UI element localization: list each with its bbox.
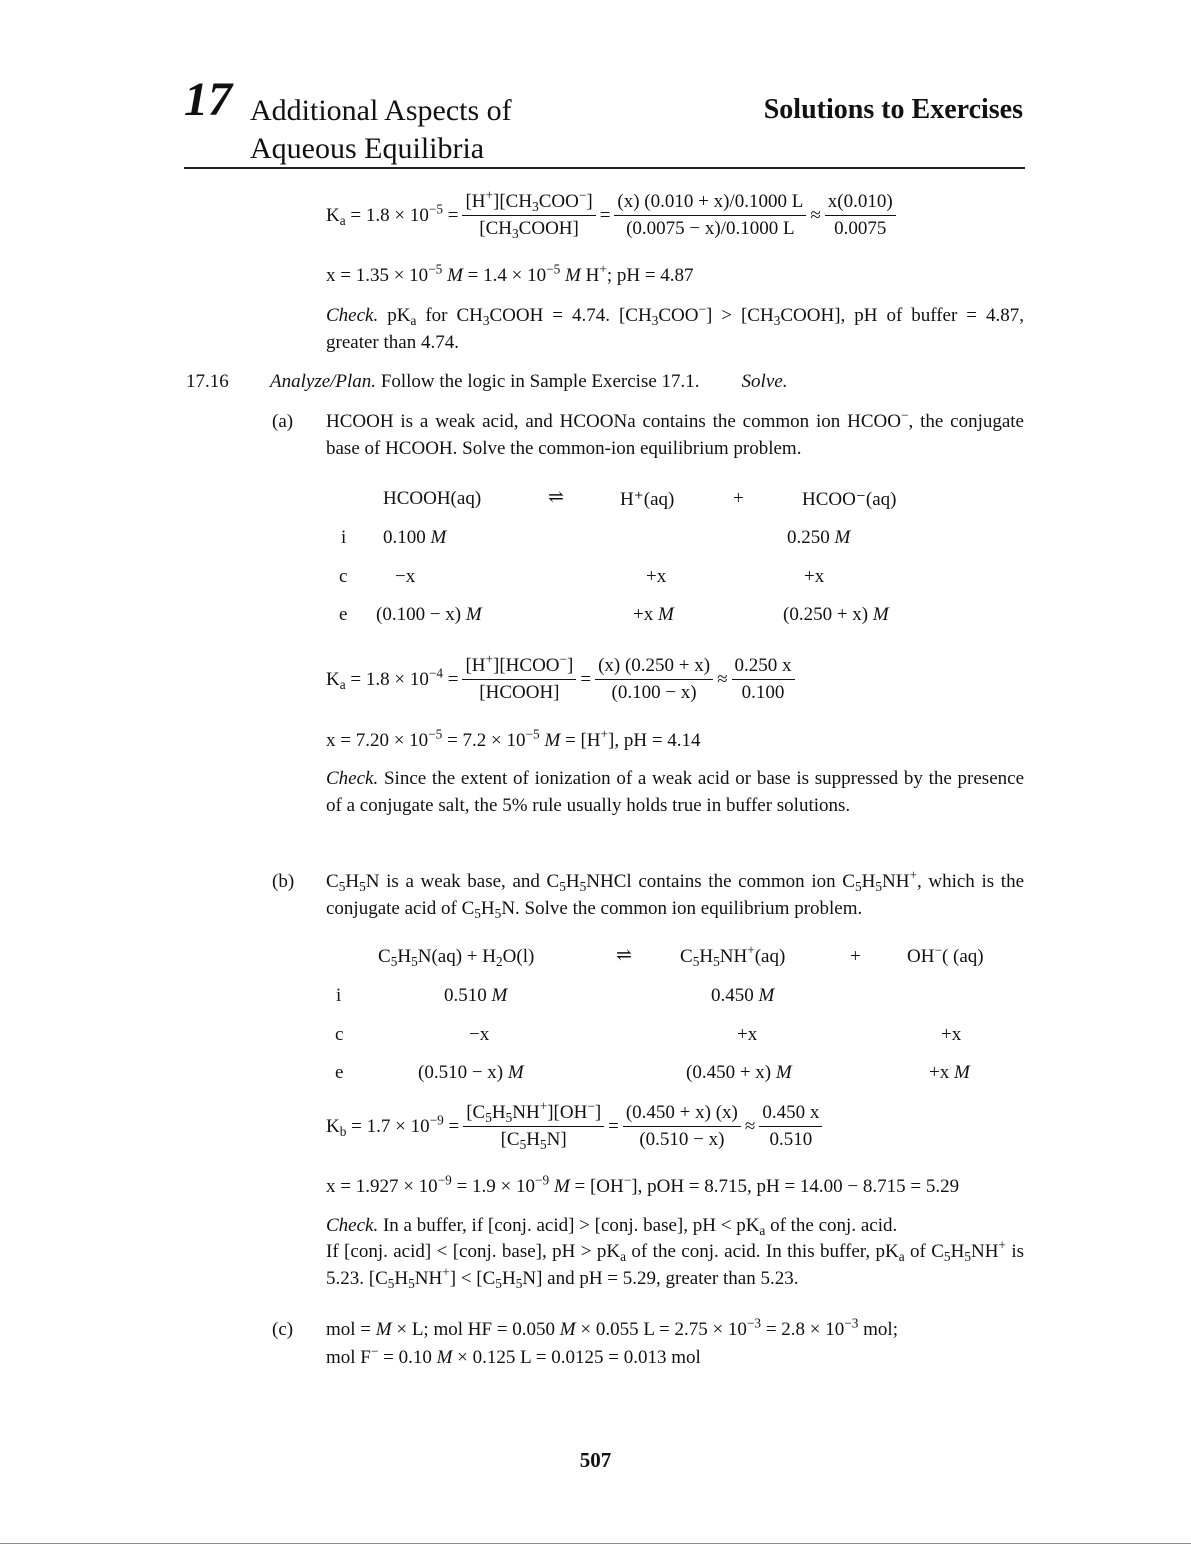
- ice-row-label: c: [335, 1024, 343, 1046]
- part-a-text: HCOOH is a weak acid, and HCOONa contain…: [326, 408, 1024, 462]
- ice-row-label: e: [339, 604, 347, 626]
- ice-cell: (0.510 − x) M: [418, 1062, 524, 1084]
- ice-row-label: i: [341, 527, 346, 549]
- ice-cell: +x: [646, 566, 666, 588]
- ice-a-product-2: HCOO⁻(aq): [802, 488, 896, 511]
- fraction-2: (x) (0.250 + x)(0.100 − x): [595, 654, 713, 705]
- fraction-3: 0.250 x0.100: [732, 654, 795, 705]
- ice-cell: +x: [804, 566, 824, 588]
- x-result-b: x = 1.927 × 10−9 = 1.9 × 10−9 M = [OH−],…: [326, 1173, 959, 1200]
- exercise-number: 17.16: [186, 368, 229, 395]
- check-b-line2: If [conj. acid] < [conj. base], pH > pKa…: [326, 1238, 1024, 1292]
- equilibrium-arrow-icon: ⇌: [616, 944, 632, 967]
- part-c-line1: mol = M × L; mol HF = 0.050 M × 0.055 L …: [326, 1316, 898, 1343]
- check-prev: Check. pKa for CH3COOH = 4.74. [CH3COO−]…: [326, 302, 1024, 356]
- chapter-title-line2: Aqueous Equilibria: [250, 130, 512, 168]
- ice-cell: 0.450 M: [711, 985, 774, 1007]
- approx-sign: ≈: [745, 1116, 755, 1138]
- ice-cell: −x: [395, 566, 415, 588]
- part-a-label: (a): [272, 408, 293, 435]
- ice-row-label: i: [336, 985, 341, 1007]
- x-result-prev: x = 1.35 × 10−5 M = 1.4 × 10−5 M H+; pH …: [326, 262, 694, 289]
- kb-equation-b: Kb = 1.7 × 10−9 = [C5H5NH+][OH−][C5H5N] …: [326, 1101, 826, 1152]
- ice-cell: (0.100 − x) M: [376, 604, 482, 626]
- ka-equation-a: Ka = 1.8 × 10−4 = [H+][HCOO−][HCOOH] = (…: [326, 654, 799, 705]
- fraction-3: x(0.010)0.0075: [825, 190, 896, 241]
- fraction-1: [H+][CH3COO−][CH3COOH]: [462, 190, 595, 241]
- section-title: Solutions to Exercises: [764, 94, 1023, 126]
- fraction-2: (0.450 + x) (x)(0.510 − x): [623, 1101, 741, 1152]
- ice-cell: +x M: [633, 604, 674, 626]
- ice-cell: +x: [941, 1024, 961, 1046]
- approx-sign: ≈: [717, 669, 727, 691]
- ice-row-label: e: [335, 1062, 343, 1084]
- x-result-a: x = 7.20 × 10−5 = 7.2 × 10−5 M = [H+], p…: [326, 727, 701, 754]
- ice-cell: +x: [737, 1024, 757, 1046]
- fraction-2: (x) (0.010 + x)/0.1000 L(0.0075 − x)/0.1…: [614, 190, 806, 241]
- ka-equation-prev: Ka = 1.8 × 10−5 = [H+][CH3COO−][CH3COOH]…: [326, 190, 900, 241]
- part-c-label: (c): [272, 1316, 293, 1343]
- ka-lhs: Ka = 1.8 × 10−5 =: [326, 205, 458, 227]
- ice-cell: (0.450 + x) M: [686, 1062, 792, 1084]
- chapter-title: Additional Aspects of Aqueous Equilibria: [250, 92, 512, 168]
- approx-sign: ≈: [810, 205, 820, 227]
- part-c-line2: mol F− = 0.10 M × 0.125 L = 0.0125 = 0.0…: [326, 1344, 701, 1371]
- fraction-1: [C5H5NH+][OH−][C5H5N]: [463, 1101, 604, 1152]
- check-b-line1: Check. In a buffer, if [conj. acid] > [c…: [326, 1212, 897, 1239]
- page-number: 507: [0, 1448, 1191, 1473]
- equilibrium-arrow-icon: ⇌: [548, 486, 564, 509]
- ice-cell: −x: [469, 1024, 489, 1046]
- chapter-title-line1: Additional Aspects of: [250, 92, 512, 130]
- ice-cell: 0.510 M: [444, 985, 507, 1007]
- ice-b-product-1: C5H5NH+(aq): [680, 946, 785, 968]
- plus-sign: +: [850, 946, 861, 968]
- ice-row-label: c: [339, 566, 347, 588]
- page-bottom-edge: [0, 1543, 1191, 1544]
- ice-a-product-1: H⁺(aq): [620, 488, 674, 511]
- exercise-intro: Analyze/Plan. Follow the logic in Sample…: [270, 368, 787, 395]
- ice-a-reactant: HCOOH(aq): [383, 488, 481, 510]
- header-rule: [184, 167, 1025, 169]
- part-b-text: C5H5N is a weak base, and C5H5NHCl conta…: [326, 868, 1024, 922]
- ice-cell: 0.250 M: [787, 527, 850, 549]
- fraction-3: 0.450 x0.510: [759, 1101, 822, 1152]
- ice-b-reactants: C5H5N(aq) + H2O(l): [378, 946, 534, 968]
- ice-cell: +x M: [929, 1062, 970, 1084]
- ice-cell: (0.250 + x) M: [783, 604, 889, 626]
- check-a: Check. Since the extent of ionization of…: [326, 765, 1024, 819]
- ice-cell: 0.100 M: [383, 527, 446, 549]
- part-b-label: (b): [272, 868, 294, 895]
- fraction-1: [H+][HCOO−][HCOOH]: [462, 654, 576, 705]
- ice-b-product-2: OH−( (aq): [907, 946, 984, 968]
- chapter-number: 17: [184, 76, 232, 124]
- plus-sign: +: [733, 488, 744, 510]
